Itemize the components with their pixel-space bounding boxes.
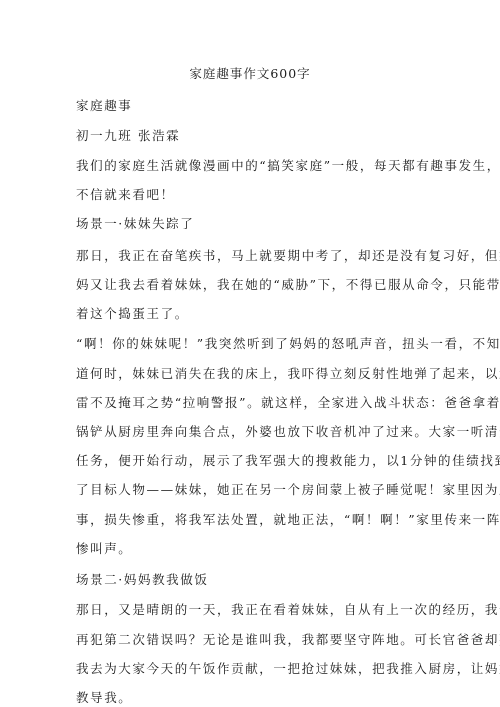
paragraph-line: “啊！你的妹妹呢！”我突然听到了妈妈的怒吼声音，扭头一看，不知 xyxy=(76,334,500,352)
scene-heading: 场景一·妹妹失踪了 xyxy=(76,214,194,232)
paragraph-line: 了目标人物——妹妹，她正在另一个房间蒙上被子睡觉呢！家里因为此 xyxy=(76,480,500,498)
paragraph-line: 那日，我正在奋笔疾书，马上就要期中考了，却还是没有复习好，但妈 xyxy=(76,246,500,264)
paragraph-line: 我去为大家今天的午饭作贡献，一把抢过妹妹，把我推入厨房，让妈妈 xyxy=(76,659,500,677)
paragraph-line: 任务，便开始行动，展示了我军强大的搜救能力，以1分钟的佳绩找到 xyxy=(76,451,500,469)
paragraph-line: 那日，又是晴朗的一天，我正在看着妹妹，自从有上一次的经历，我会 xyxy=(76,600,500,618)
essay-heading: 家庭趣事 xyxy=(76,96,132,114)
paragraph-line: 教导我。 xyxy=(76,688,132,706)
paragraph-line: 雷不及掩耳之势“拉响警报”。就这样，全家进入战斗状态：爸爸拿着 xyxy=(76,393,500,411)
paragraph-line: 着这个捣蛋王了。 xyxy=(76,304,189,322)
paragraph-line: 妈又让我去看着妹妹，我在她的“威胁”下，不得已服从命令，只能带 xyxy=(76,275,500,293)
paragraph-line: 不信就来看吧！ xyxy=(76,185,175,203)
paragraph-line: 我们的家庭生活就像漫画中的“搞笑家庭”一般，每天都有趣事发生， xyxy=(76,156,500,174)
author-line: 初一九班 张浩霖 xyxy=(76,126,180,144)
document-page: 家庭趣事作文600字 家庭趣事 初一九班 张浩霖 我们的家庭生活就像漫画中的“搞… xyxy=(0,0,500,707)
paragraph-line: 锅铲从厨房里奔向集合点，外婆也放下收音机冲了过来。大家一听清楚 xyxy=(76,422,500,440)
paragraph-line: 再犯第二次错误吗？无论是谁叫我，我都要坚守阵地。可长官爸爸却要 xyxy=(76,630,500,648)
scene-heading: 场景二·妈妈教我做饭 xyxy=(76,570,208,588)
paragraph-line: 道何时，妹妹已消失在我的床上，我吓得立刻反射性地弹了起来，以迅 xyxy=(76,364,500,382)
paragraph-line: 惨叫声。 xyxy=(76,539,132,557)
paragraph-line: 事，损失惨重，将我军法处置，就地正法，“啊！啊！”家里传来一阵 xyxy=(76,510,500,528)
document-title: 家庭趣事作文600字 xyxy=(0,64,500,82)
